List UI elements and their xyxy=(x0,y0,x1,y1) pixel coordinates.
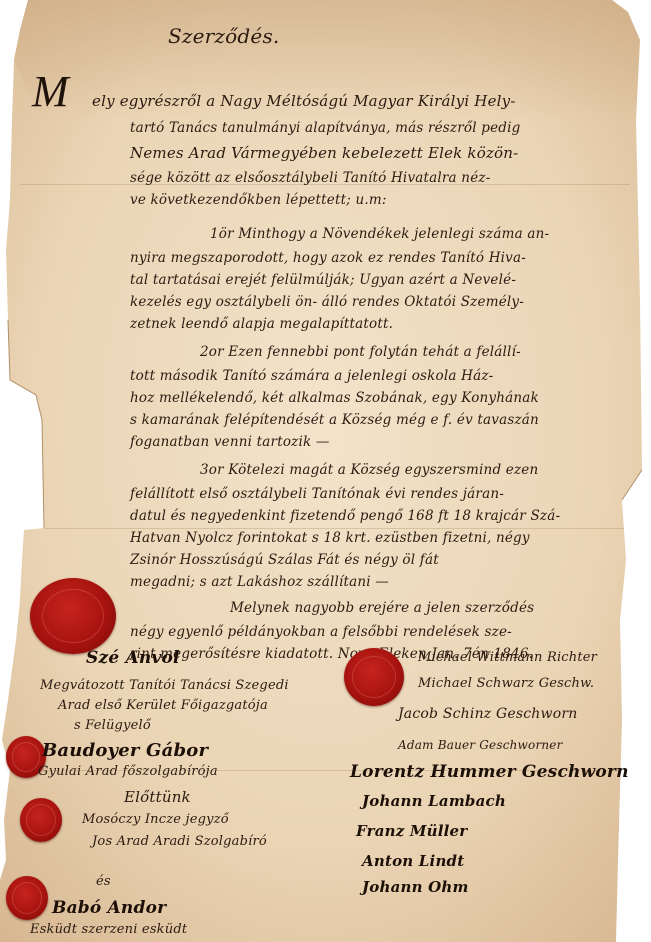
body-line: kezelés egy osztálybeli ön- álló rendes … xyxy=(130,294,524,310)
body-line: Hatvan Nyolcz forintokat s 18 krt. ezüst… xyxy=(130,530,530,546)
wax-seal-icon xyxy=(344,648,404,706)
signature: Johann Lambach xyxy=(362,792,506,810)
signature: Szé Anvol xyxy=(86,648,180,668)
body-line: Melynek nagyobb erejére a jelen szerződé… xyxy=(230,600,534,616)
body-line: Nemes Arad Vármegyében kebelezett Elek k… xyxy=(130,144,518,162)
signature-title: Gyulai Arad főszolgabírója xyxy=(38,764,218,779)
body-line: 1ör Minthogy a Növendékek jelenlegi szám… xyxy=(210,226,549,242)
document-page: Szerződés. M ely egyrészről a Nagy Méltó… xyxy=(0,0,651,942)
signature: Babó Andor xyxy=(52,898,166,918)
body-line: s kamarának felépítendését a Község még … xyxy=(130,412,539,428)
body-line: tartó Tanács tanulmányi alapítványa, más… xyxy=(130,120,520,136)
body-line: ely egyrészről a Nagy Méltóságú Magyar K… xyxy=(92,92,516,110)
signature-heading: Előttünk xyxy=(124,788,191,806)
signature: Anton Lindt xyxy=(362,852,464,870)
body-line: felállított első osztálybeli Tanítónak é… xyxy=(130,486,504,502)
signature: Jacob Schinz Geschworn xyxy=(398,706,577,722)
signature: Lorentz Hummer Geschworn xyxy=(350,762,629,782)
document-title: Szerződés. xyxy=(168,24,279,48)
body-line: zetnek leendő alapja megalapíttatott. xyxy=(130,316,393,332)
wax-seal-icon xyxy=(20,798,62,842)
signature: Michael Schwarz Geschw. xyxy=(418,676,594,691)
signature: Jos Arad Aradi Szolgabíró xyxy=(92,834,267,849)
decorative-initial: M xyxy=(32,66,69,117)
wax-seal-icon xyxy=(6,876,48,920)
signature: Johann Ohm xyxy=(362,878,469,896)
signature: Adam Bauer Geschworner xyxy=(398,738,563,752)
body-line: négy egyenlő példányokban a felsőbbi ren… xyxy=(130,624,512,640)
body-line: tott második Tanító számára a jelenlegi … xyxy=(130,368,493,384)
body-line: 3or Kötelezi magát a Község egyszersmind… xyxy=(200,462,538,478)
signature-title: Arad első Kerület Főigazgatója xyxy=(58,698,268,713)
body-line: hoz mellékelendő, két alkalmas Szobának,… xyxy=(130,390,539,406)
body-line: nyira megszaporodott, hogy azok ez rende… xyxy=(130,250,526,266)
signature: Mosóczy Incze jegyző xyxy=(82,812,229,827)
signature: Michael Wittmann Richter xyxy=(418,650,597,665)
body-line: sége között az elsőosztálybeli Tanító Hi… xyxy=(130,170,490,186)
wax-seal-icon xyxy=(30,578,116,654)
body-line: foganatban venni tartozik — xyxy=(130,434,330,450)
signature-title: Esküdt szerzeni esküdt xyxy=(30,922,187,937)
signature: Baudoyer Gábor xyxy=(42,740,208,761)
body-line: megadni; s azt Lakáshoz szállítani — xyxy=(130,574,389,590)
signature: Franz Müller xyxy=(356,822,467,840)
signature-title: s Felügyelő xyxy=(74,718,151,733)
body-line: 2or Ezen fennebbi pont folytán tehát a f… xyxy=(200,344,521,360)
body-line: datul és negyedenkint fizetendő pengő 16… xyxy=(130,508,560,524)
body-line: tal tartatásai erejét felülmúlják; Ugyan… xyxy=(130,272,516,288)
body-line: Zsinór Hosszúságú Szálas Fát és négy öl … xyxy=(130,552,439,568)
signature-title: Megvátozott Tanítói Tanácsi Szegedi xyxy=(40,678,289,693)
body-line: ve következendőkben lépettett; u.m: xyxy=(130,192,387,208)
signature-conjunction: és xyxy=(96,874,111,889)
fold-line xyxy=(44,528,624,529)
